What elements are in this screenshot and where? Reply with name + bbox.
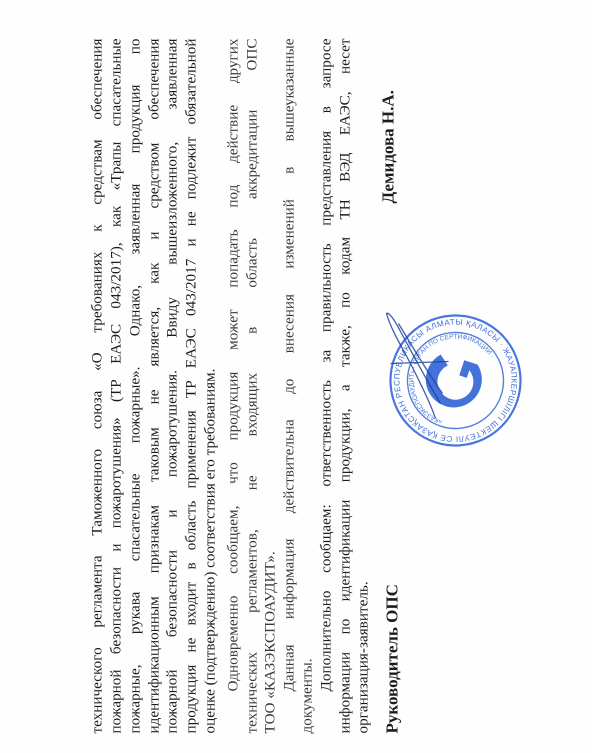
body-line-6: продукция не входит в область применения… (182, 38, 200, 733)
paragraph-simultaneously: Одновременно сообщаем, что продукция мож… (224, 38, 242, 733)
body-line-2: пожарной безопасности и пожаротушения» (… (107, 38, 125, 733)
body-line-15: организация-заявитель. (354, 38, 372, 733)
body-line-12: документы. (298, 38, 316, 733)
paragraph-validity: Данная информация действительна до внесе… (280, 38, 298, 733)
body-line-7: оценке (подтверждению) соответствия его … (201, 38, 219, 733)
document-page: технического регламента Таможенного союз… (0, 0, 592, 753)
body-line-1: технического регламента Таможенного союз… (88, 38, 106, 733)
body-line-9: технических регламентов, не входящих в о… (243, 38, 261, 733)
body-line-10: ТОО «КАЗЭКСПОАУДИТ». (261, 38, 279, 733)
body-line-4: идентификационным признакам таковым не я… (145, 38, 163, 733)
paragraph-additionally: Дополнительно сообщаем: ответственность … (317, 38, 335, 733)
signatory-name: Демидова Н.А. (378, 90, 398, 203)
body-line-14: информации по идентификации продукции, а… (336, 38, 354, 733)
handwritten-signature (380, 303, 450, 423)
body-line-3: пожарные, рукава спасательные пожарные».… (126, 38, 144, 733)
signatory-title: Руководитель ОПС (382, 584, 402, 733)
body-line-5: пожарной безопасности и пожаротушения. В… (163, 38, 181, 733)
